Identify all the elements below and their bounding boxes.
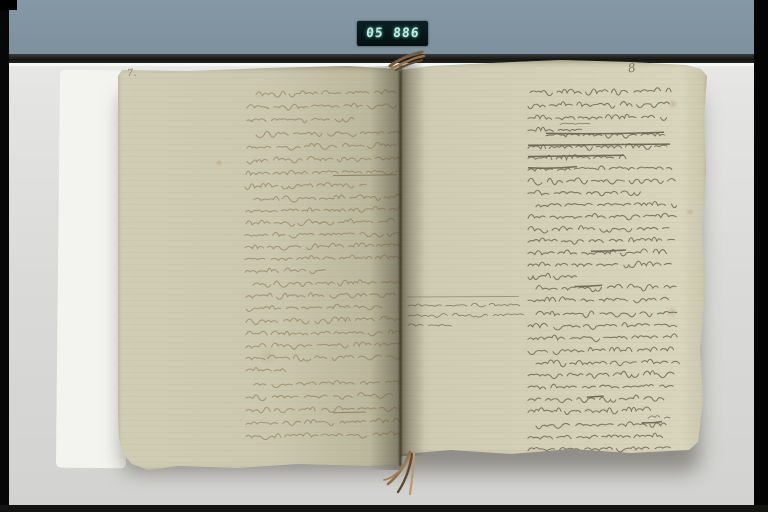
center-fold-shadow-right xyxy=(401,60,425,456)
photo-frame-edge-right xyxy=(754,0,768,512)
center-fold-crease xyxy=(399,62,402,466)
photo-frame-edge-bottom xyxy=(0,505,768,512)
manuscript-left-page xyxy=(118,66,402,470)
frame-counter-display: 05 886 xyxy=(357,21,428,46)
page-number-right: 8 xyxy=(627,60,637,75)
photographed-scene: 05 886 7. 8 xyxy=(0,0,768,512)
center-fold-shadow-left xyxy=(370,66,401,470)
handwriting-right-page xyxy=(401,60,707,456)
table-edge-shadow xyxy=(0,54,768,63)
handwriting-left-page xyxy=(118,66,402,470)
frame-counter-left-digits: 05 xyxy=(365,26,384,41)
photo-frame-corner-notch xyxy=(0,0,17,10)
photo-frame-edge-left xyxy=(0,0,9,512)
frame-counter-right-digits: 886 xyxy=(392,26,420,41)
manuscript-right-page xyxy=(401,60,707,456)
page-number-left: 7. xyxy=(127,68,137,80)
